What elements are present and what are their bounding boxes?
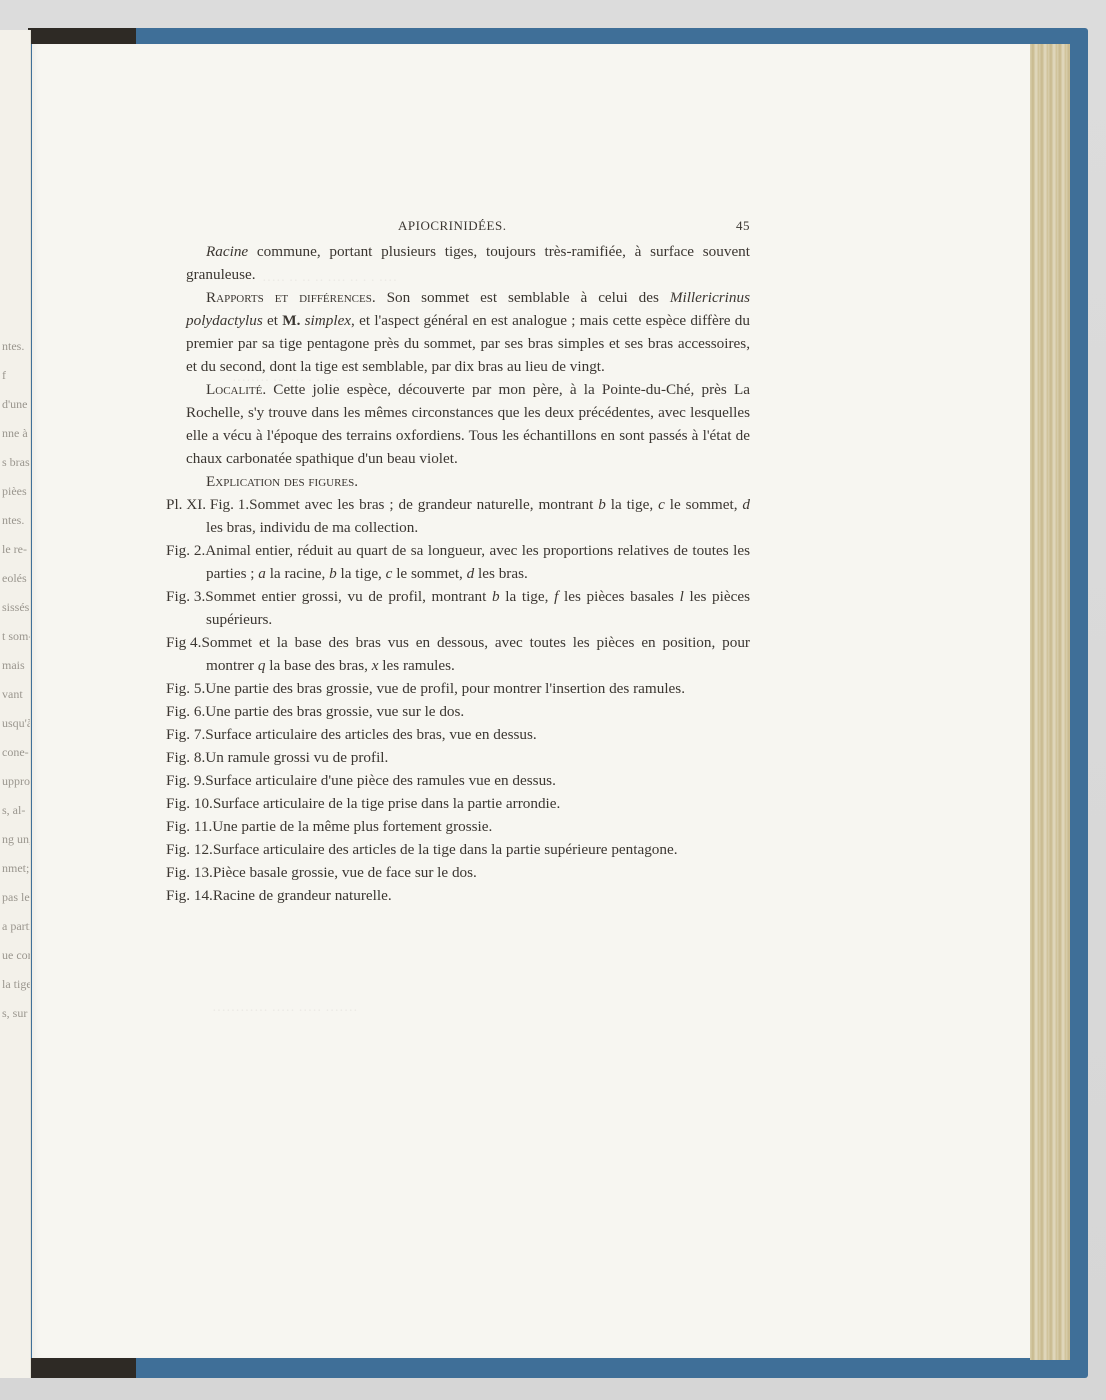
section-label: Rapports et différences. [206, 289, 376, 306]
figure-letter: d [742, 496, 750, 513]
figure-caption: Fig. 6. Une partie des bras grossie, vue… [186, 700, 750, 723]
figure-caption: Fig. 8. Un ramule grossi vu de profil. [186, 746, 750, 769]
left-page-text-fragment: eolés [2, 572, 27, 584]
figure-label: Fig. 11. [186, 815, 212, 838]
figure-label: Fig. 9. [186, 769, 205, 792]
page-number: 45 [736, 218, 750, 234]
figure-label: Fig. 8. [186, 746, 205, 769]
left-page-text-fragment: s, sur [2, 1007, 27, 1019]
figure-caption: Fig. 5. Une partie des bras grossie, vue… [186, 677, 750, 700]
figure-caption: Fig. 14. Racine de grandeur naturelle. [186, 884, 750, 907]
figure-list: Pl. XI. Fig. 1. Sommet avec les bras ; d… [186, 493, 750, 907]
figure-label: Pl. XI. Fig. 1. [186, 493, 249, 516]
left-page-text-fragment: usqu'à [2, 717, 31, 729]
figure-letter: b [598, 496, 606, 513]
running-head: APIOCRINIDÉES. 45 [186, 218, 750, 238]
figure-caption: Fig. 12. Surface articulaire des article… [186, 838, 750, 861]
section-label: Localité. [206, 381, 266, 398]
figure-letter: f [554, 588, 558, 605]
left-page-text-fragment: mais [2, 659, 25, 671]
figure-caption: Fig. 9. Surface articulaire d'une pièce … [186, 769, 750, 792]
figure-label: Fig. 2. [186, 539, 205, 562]
paragraph-localite: Localité. Cette jolie espèce, découverte… [186, 378, 750, 470]
page-body: Racine commune, portant plusieurs tiges,… [186, 240, 750, 907]
leather-spine-top [28, 28, 136, 44]
left-page-text-fragment: la tige [2, 978, 31, 990]
left-page-edge: ntes.fd'unenne às bras.pièesntes.le re-e… [0, 30, 31, 1378]
left-page-text-fragment: nmet; [2, 862, 29, 874]
figure-letter: b [492, 588, 500, 605]
paragraph-rapports: Rapports et différences. Son sommet est … [186, 286, 750, 378]
left-page-text-fragment: nne à [2, 427, 28, 439]
heading-explication: Explication des figures. [186, 470, 750, 493]
left-page-text-fragment: ue con- [2, 949, 31, 961]
left-page-text-fragment: t som- [2, 630, 31, 642]
figure-caption: Pl. XI. Fig. 1. Sommet avec les bras ; d… [186, 493, 750, 539]
left-page-text-fragment: pas les [2, 891, 31, 903]
left-page-text-fragment: pièes [2, 485, 27, 497]
figure-letter: b [329, 565, 337, 582]
left-page-text-fragment: ntes. [2, 514, 24, 526]
figure-caption: Fig. 13. Pièce basale grossie, vue de fa… [186, 861, 750, 884]
left-page-text-fragment: uppro- [2, 775, 31, 787]
figure-label: Fig. 14. [186, 884, 213, 907]
left-page-text-fragment: f [2, 369, 6, 381]
figure-caption: Fig. 3. Sommet entier grossi, vu de prof… [186, 585, 750, 631]
figure-caption: Fig. 7. Surface articulaire des articles… [186, 723, 750, 746]
figure-letter: x [372, 657, 379, 674]
figure-caption: Fig. 2. Animal entier, réduit au quart d… [186, 539, 750, 585]
left-page-text-fragment: d'une [2, 398, 28, 410]
left-page-text-fragment: ng un, [2, 833, 31, 845]
figure-letter: q [258, 657, 266, 674]
figure-letter: d [467, 565, 475, 582]
left-page-text-fragment: cone- [2, 746, 29, 758]
figure-label: Fig. 6. [186, 700, 205, 723]
figure-caption: Fig 4. Sommet et la base des bras vus en… [186, 631, 750, 677]
figure-letter: a [258, 565, 266, 582]
figure-label: Fig. 5. [186, 677, 205, 700]
left-page-text-fragment: s bras. [2, 456, 31, 468]
figure-label: Fig 4. [186, 631, 201, 654]
figure-letter: c [658, 496, 665, 513]
figure-caption: Fig. 11. Une partie de la même plus fort… [186, 815, 750, 838]
species-name: simplex [300, 312, 351, 329]
figure-label: Fig. 3. [186, 585, 205, 608]
figure-label: Fig. 7. [186, 723, 205, 746]
page-fore-edge [1030, 44, 1070, 1360]
left-page-text-fragment: s, al- [2, 804, 25, 816]
paragraph-racine: Racine commune, portant plusieurs tiges,… [186, 240, 750, 286]
running-head-title: APIOCRINIDÉES. [398, 218, 506, 234]
figure-label: Fig. 12. [186, 838, 213, 861]
leather-spine-bottom [28, 1358, 136, 1378]
left-page-text-fragment: ntes. [2, 340, 24, 352]
figure-letter: c [386, 565, 393, 582]
left-page-text-fragment: vant [2, 688, 23, 700]
figure-caption: Fig. 10. Surface articulaire de la tige … [186, 792, 750, 815]
figure-label: Fig. 13. [186, 861, 213, 884]
figure-label: Fig. 10. [186, 792, 213, 815]
left-page-text-fragment: sissés, [2, 601, 31, 613]
figure-letter: l [680, 588, 684, 605]
section-label: Explication des figures. [206, 473, 358, 490]
left-page-text-fragment: a partie [2, 920, 31, 932]
italic-term: Racine [206, 243, 248, 260]
left-page-text-fragment: le re- [2, 543, 27, 555]
